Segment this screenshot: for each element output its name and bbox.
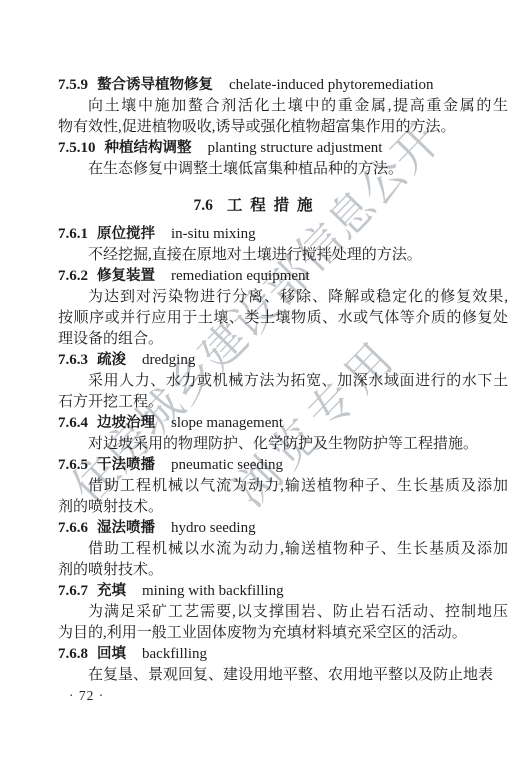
term-entry: 7.6.4边坡治理slope management对边坡采用的物理防护、化学防护… [58, 413, 508, 455]
definition-line: 石方开挖工程。 [58, 392, 508, 413]
term-entry: 7.6.1原位搅拌in-situ mixing不经挖掘,直接在原地对土壤进行搅拌… [58, 224, 508, 266]
term-entry: 7.5.10种植结构调整planting structure adjustmen… [58, 138, 508, 180]
term-entry-head: 7.6.6湿法喷播hydro seeding [58, 518, 508, 539]
entry-term-en: chelate-induced phytoremediation [229, 77, 434, 93]
entry-term-zh: 疏浚 [97, 352, 126, 368]
entry-term-en: hydro seeding [171, 520, 256, 536]
term-entry: 7.5.9螯合诱导植物修复chelate-induced phytoremedi… [58, 75, 508, 138]
entry-term-en: mining with backfilling [142, 583, 284, 599]
page-number: · 72 · [69, 688, 104, 704]
definition-line: 在复垦、景观回复、建设用地平整、农用地平整以及防止地表 [58, 665, 508, 686]
entry-number: 7.6.3 [58, 352, 88, 368]
term-entry-head: 7.6.5干法喷播pneumatic seeding [58, 455, 508, 476]
term-entry-head: 7.5.10种植结构调整planting structure adjustmen… [58, 138, 508, 159]
entry-number: 7.6.8 [58, 646, 88, 662]
entry-term-zh: 原位搅拌 [97, 226, 155, 242]
entry-number: 7.6.6 [58, 520, 88, 536]
definition-line: 借助工程机械以气流为动力,输送植物种子、生长基质及添加 [58, 476, 508, 497]
entry-number: 7.6.4 [58, 415, 88, 431]
section-heading-number: 7.6 [193, 197, 212, 214]
definition-line: 按顺序或并行应用于土壤、类土壤物质、水或气体等介质的修复处 [58, 308, 508, 329]
entry-number: 7.6.7 [58, 583, 88, 599]
term-entry: 7.6.2修复装置remediation equipment为达到对污染物进行分… [58, 266, 508, 350]
definition-line: 对边坡采用的物理防护、化学防护及生物防护等工程措施。 [58, 434, 508, 455]
section-7-5-entries: 7.5.9螯合诱导植物修复chelate-induced phytoremedi… [58, 75, 508, 180]
entry-term-en: planting structure adjustment [208, 140, 383, 156]
term-entry-head: 7.6.8回填backfilling [58, 644, 508, 665]
definition-line: 理设备的组合。 [58, 329, 508, 350]
term-entry-head: 7.6.1原位搅拌in-situ mixing [58, 224, 508, 245]
definition-line: 物有效性,促进植物吸收,诱导或强化植物超富集作用的方法。 [58, 117, 508, 138]
definition-line: 借助工程机械以水流为动力,输送植物种子、生长基质及添加 [58, 539, 508, 560]
terms-content: 7.5.9螯合诱导植物修复chelate-induced phytoremedi… [0, 0, 529, 686]
entry-term-en: backfilling [142, 646, 207, 662]
entry-number: 7.6.1 [58, 226, 88, 242]
term-entry-head: 7.6.7充填mining with backfilling [58, 581, 508, 602]
entry-term-zh: 螯合诱导植物修复 [97, 77, 213, 93]
term-entry: 7.6.8回填backfilling在复垦、景观回复、建设用地平整、农用地平整以… [58, 644, 508, 686]
term-entry-head: 7.6.4边坡治理slope management [58, 413, 508, 434]
entry-term-en: dredging [142, 352, 195, 368]
entry-term-zh: 边坡治理 [97, 415, 155, 431]
term-entry: 7.6.3疏浚dredging采用人力、水力或机械方法为拓宽、加深水域面进行的水… [58, 350, 508, 413]
entry-term-en: in-situ mixing [171, 226, 256, 242]
section-heading-title: 工 程 措 施 [227, 197, 315, 214]
definition-line: 为目的,利用一般工业固体废物为充填材料填充采空区的活动。 [58, 623, 508, 644]
definition-line: 不经挖掘,直接在原地对土壤进行搅拌处理的方法。 [58, 245, 508, 266]
entry-number: 7.5.10 [58, 140, 96, 156]
definition-line: 为达到对污染物进行分离、移除、降解或稳定化的修复效果, [58, 287, 508, 308]
entry-number: 7.5.9 [58, 77, 88, 93]
definition-line: 为满足采矿工艺需要,以支撑围岩、防止岩石活动、控制地压 [58, 602, 508, 623]
entry-term-en: slope management [171, 415, 283, 431]
definition-line: 剂的喷射技术。 [58, 497, 508, 518]
entry-number: 7.6.2 [58, 268, 88, 284]
section-7-6-entries: 7.6.1原位搅拌in-situ mixing不经挖掘,直接在原地对土壤进行搅拌… [58, 224, 508, 686]
section-heading: 7.6工 程 措 施 [0, 195, 508, 216]
term-entry: 7.6.5干法喷播pneumatic seeding借助工程机械以气流为动力,输… [58, 455, 508, 518]
definition-line: 剂的喷射技术。 [58, 560, 508, 581]
definition-line: 在生态修复中调整土壤低富集种植品种的方法。 [58, 159, 508, 180]
entry-term-zh: 充填 [97, 583, 126, 599]
entry-term-zh: 回填 [97, 646, 126, 662]
entry-term-zh: 干法喷播 [97, 457, 155, 473]
term-entry-head: 7.6.3疏浚dredging [58, 350, 508, 371]
entry-term-zh: 湿法喷播 [97, 520, 155, 536]
term-entry-head: 7.6.2修复装置remediation equipment [58, 266, 508, 287]
document-page: 住房城乡建设部信息公开 浏览专用 7.5.9螯合诱导植物修复chelate-in… [0, 0, 529, 768]
definition-line: 向土壤中施加螯合剂活化土壤中的重金属,提高重金属的生 [58, 96, 508, 117]
definition-line: 采用人力、水力或机械方法为拓宽、加深水域面进行的水下土 [58, 371, 508, 392]
entry-term-en: remediation equipment [171, 268, 310, 284]
entry-term-zh: 种植结构调整 [105, 140, 192, 156]
term-entry-head: 7.5.9螯合诱导植物修复chelate-induced phytoremedi… [58, 75, 508, 96]
term-entry: 7.6.7充填mining with backfilling为满足采矿工艺需要,… [58, 581, 508, 644]
term-entry: 7.6.6湿法喷播hydro seeding借助工程机械以水流为动力,输送植物种… [58, 518, 508, 581]
entry-number: 7.6.5 [58, 457, 88, 473]
entry-term-en: pneumatic seeding [171, 457, 283, 473]
entry-term-zh: 修复装置 [97, 268, 155, 284]
